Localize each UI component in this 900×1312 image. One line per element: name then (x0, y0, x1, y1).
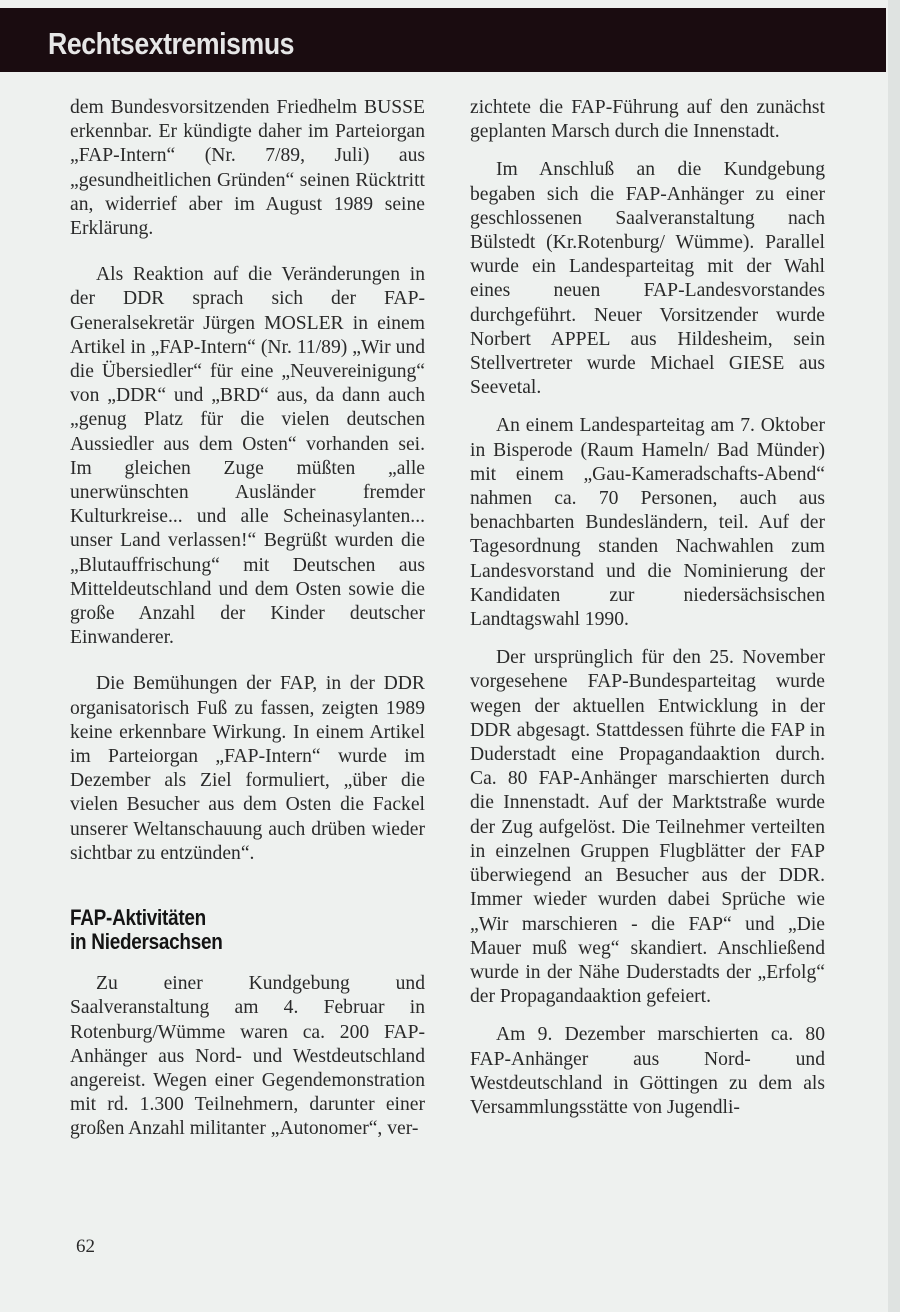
left-column: dem Bundesvorsitzenden Friedhelm BUSSE e… (70, 96, 425, 1142)
page-edge (888, 0, 900, 1312)
page-number: 62 (76, 1236, 95, 1258)
paragraph: Als Reaktion auf die Veränderungen in de… (70, 263, 425, 650)
paragraph: Zu einer Kundgebung und Saalveranstaltun… (70, 972, 425, 1141)
document-page: Rechtsextremismus dem Bundesvorsitzenden… (0, 0, 888, 1312)
paragraph: zichtete die FAP-Führung auf den zunächs… (470, 96, 825, 144)
section-heading-line-1: FAP-Aktivitäten (70, 906, 375, 930)
paragraph: An einem Landesparteitag am 7. Oktober i… (470, 414, 825, 632)
page-section-title: Rechtsextremismus (48, 26, 294, 62)
section-heading-line-2: in Niedersachsen (70, 930, 375, 954)
paragraph: Im Anschluß an die Kundgebung begaben si… (470, 158, 825, 400)
paragraph: Der ursprünglich für den 25. November vo… (470, 646, 825, 1009)
paragraph: Die Bemühungen der FAP, in der DDR organ… (70, 672, 425, 866)
paragraph: dem Bundesvorsitzenden Friedhelm BUSSE e… (70, 96, 425, 241)
header-band: Rechtsextremismus (0, 8, 886, 72)
section-heading: FAP-Aktivitäten in Niedersachsen (70, 906, 375, 954)
paragraph: Am 9. Dezember marschierten ca. 80 FAP-A… (470, 1023, 825, 1120)
right-column: zichtete die FAP-Führung auf den zunächs… (470, 96, 825, 1120)
